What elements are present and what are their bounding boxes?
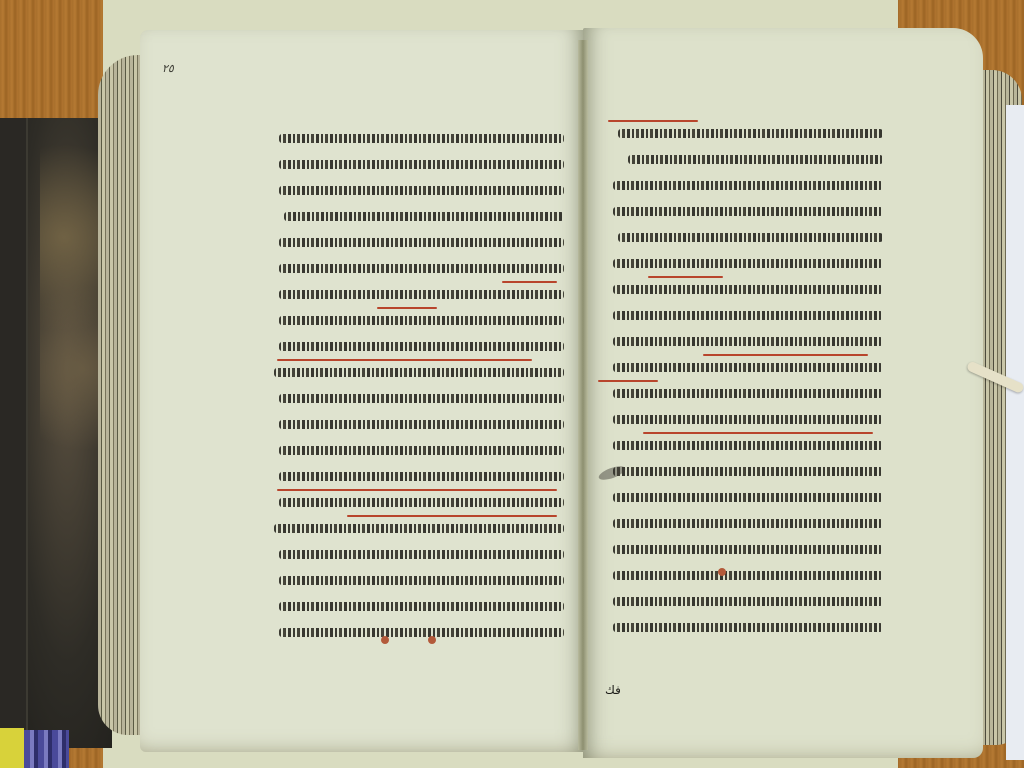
book-spine: [0, 118, 28, 748]
text-line: [598, 380, 883, 406]
handwritten-text: [628, 155, 883, 164]
rubric-overline: [502, 281, 557, 283]
text-line: [272, 359, 564, 385]
handwritten-text: [279, 264, 564, 273]
text-line: [272, 515, 564, 541]
pens: [24, 730, 69, 768]
text-line: [272, 593, 564, 619]
text-line: [272, 411, 564, 437]
text-line: [272, 125, 564, 151]
text-line: [598, 224, 883, 250]
text-line: [272, 177, 564, 203]
text-line: [598, 588, 883, 614]
text-line: [598, 614, 883, 640]
handwritten-text: [613, 415, 883, 424]
handwritten-text: [274, 524, 564, 533]
text-line: [272, 437, 564, 463]
text-line: [272, 385, 564, 411]
handwritten-text: [613, 597, 883, 606]
text-line: [272, 229, 564, 255]
rubric-dot: [718, 568, 726, 576]
book-gutter: [578, 40, 588, 750]
handwritten-text: [613, 363, 883, 372]
left-page: ٢٥: [140, 30, 585, 752]
text-line: [598, 406, 883, 432]
yellow-label: [0, 728, 24, 768]
handwritten-text: [618, 129, 883, 138]
rubric-overline: [277, 359, 532, 361]
right-page: فك: [583, 28, 983, 758]
handwritten-text: [613, 467, 883, 476]
text-line: [598, 510, 883, 536]
text-line: [272, 255, 564, 281]
handwritten-text: [279, 628, 564, 637]
text-line: [272, 151, 564, 177]
handwritten-text: [613, 493, 883, 502]
text-line: [598, 562, 883, 588]
handwritten-text: [613, 259, 883, 268]
handwritten-text: [613, 181, 883, 190]
handwritten-text: [279, 238, 564, 247]
text-line: [272, 463, 564, 489]
handwritten-text: [613, 441, 883, 450]
left-text-block: [272, 125, 564, 645]
handwritten-text: [279, 134, 564, 143]
handwritten-text: [279, 290, 564, 299]
handwritten-text: [618, 233, 883, 242]
handwritten-text: [279, 160, 564, 169]
text-line: [598, 328, 883, 354]
rubric-overline: [648, 276, 723, 278]
handwritten-text: [613, 285, 883, 294]
handwritten-text: [274, 368, 564, 377]
handwritten-text: [279, 394, 564, 403]
handwritten-text: [284, 212, 564, 221]
handwritten-text: [613, 337, 883, 346]
catchword: فك: [605, 683, 621, 697]
rubric-overline: [608, 120, 698, 122]
handwritten-text: [613, 571, 883, 580]
handwritten-text: [613, 311, 883, 320]
text-line: [598, 146, 883, 172]
handwritten-text: [279, 498, 564, 507]
rubric-overline: [277, 489, 557, 491]
text-line: [272, 541, 564, 567]
handwritten-text: [279, 446, 564, 455]
handwritten-text: [279, 472, 564, 481]
rubric-overline: [643, 432, 873, 434]
text-line: [272, 619, 564, 645]
text-line: [598, 458, 883, 484]
text-line: [272, 333, 564, 359]
text-line: [598, 354, 883, 380]
rubric-overline: [377, 307, 437, 309]
handwritten-text: [279, 550, 564, 559]
text-line: [598, 120, 883, 146]
handwritten-text: [613, 545, 883, 554]
handwritten-text: [279, 186, 564, 195]
text-line: [272, 307, 564, 333]
text-line: [598, 276, 883, 302]
rubric-overline: [347, 515, 557, 517]
handwritten-text: [279, 602, 564, 611]
text-line: [598, 432, 883, 458]
text-line: [598, 484, 883, 510]
rubric-dot: [428, 636, 436, 644]
book-cover-left: [0, 118, 112, 748]
text-line: [272, 489, 564, 515]
text-line: [272, 567, 564, 593]
text-line: [598, 250, 883, 276]
handwritten-text: [613, 519, 883, 528]
handwritten-text: [279, 576, 564, 585]
text-line: [598, 198, 883, 224]
rubric-overline: [703, 354, 868, 356]
handwritten-text: [279, 420, 564, 429]
text-line: [598, 302, 883, 328]
page-edges-left: [98, 55, 146, 735]
text-line: [598, 536, 883, 562]
rubric-overline: [598, 380, 658, 382]
text-line: [598, 172, 883, 198]
cover-wear: [40, 138, 100, 468]
right-text-block: [598, 120, 883, 640]
folio-number: ٢٥: [162, 62, 174, 75]
handwritten-text: [613, 389, 883, 398]
white-paper-strip: [1006, 105, 1024, 760]
handwritten-text: [613, 623, 883, 632]
text-line: [272, 281, 564, 307]
handwritten-text: [613, 207, 883, 216]
text-line: [272, 203, 564, 229]
handwritten-text: [279, 342, 564, 351]
rubric-dot: [381, 636, 389, 644]
handwritten-text: [279, 316, 564, 325]
